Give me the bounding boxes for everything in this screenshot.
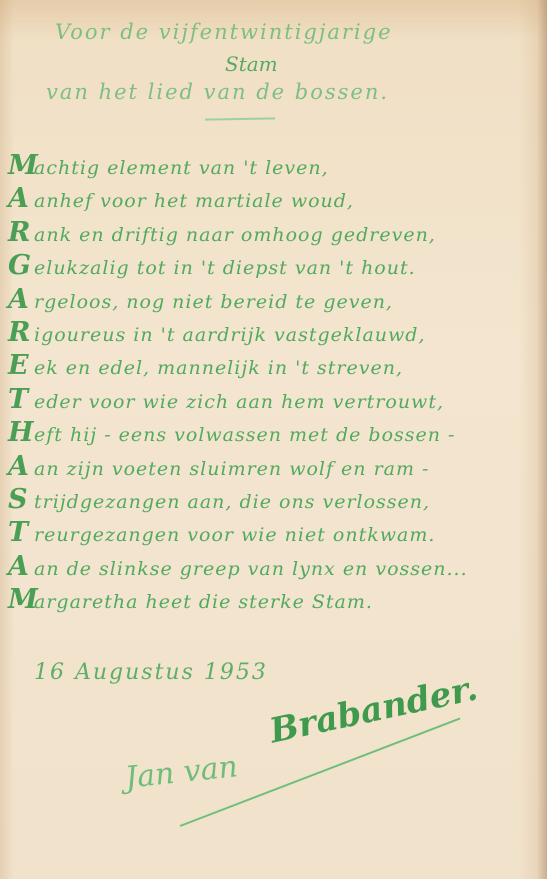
poem-line-text: eder voor wie zich aan hem vertrouwt, bbox=[34, 391, 444, 413]
poem-line: Rigoureus in 't aardrijk vastgeklauwd, bbox=[8, 317, 538, 350]
dedication-line-1: Voor de vijfentwintigjarige bbox=[55, 20, 547, 44]
poem-line-text: trijdgezangen aan, die ons verlossen, bbox=[34, 491, 430, 513]
poem-line: Rank en driftig naar omhoog gedreven, bbox=[8, 217, 538, 250]
poem-line: Aan zijn voeten sluimren wolf en ram - bbox=[8, 451, 538, 484]
poem-line: Gelukzalig tot in 't diepst van 't hout. bbox=[8, 250, 538, 283]
manuscript-page: Voor de vijfentwintigjarige Stam van het… bbox=[0, 0, 547, 879]
poem-line-text: eft hij - eens volwassen met de bossen - bbox=[34, 424, 455, 446]
acrostic-initial: E bbox=[8, 350, 34, 381]
acrostic-initial: A bbox=[8, 551, 34, 582]
poem-line-text: anhef voor het martiale woud, bbox=[34, 190, 354, 212]
poem-line-text: rgeloos, nog niet bereid te geven, bbox=[34, 291, 393, 313]
acrostic-initial: G bbox=[8, 250, 34, 281]
acrostic-poem: Machtig element van 't leven, Aanhef voo… bbox=[8, 150, 538, 617]
poem-line-text: an zijn voeten sluimren wolf en ram - bbox=[34, 458, 429, 480]
poem-line-text: an de slinkse greep van lynx en vossen..… bbox=[34, 558, 468, 580]
poem-line: Strijdgezangen aan, die ons verlossen, bbox=[8, 484, 538, 517]
poem-line-text: achtig element van 't leven, bbox=[34, 157, 329, 179]
poem-line-text: ek en edel, mannelijk in 't streven, bbox=[34, 357, 403, 379]
poem-line-text: reurgezangen voor wie niet ontkwam. bbox=[34, 524, 435, 546]
poem-line: Treurgezangen voor wie niet ontkwam. bbox=[8, 517, 538, 550]
title-underline bbox=[205, 117, 275, 120]
dedication-title: Stam bbox=[225, 52, 547, 76]
acrostic-initial: T bbox=[8, 517, 34, 548]
acrostic-initial: A bbox=[8, 284, 34, 315]
poem-line: Machtig element van 't leven, bbox=[8, 150, 538, 183]
poem-line: Aan de slinkse greep van lynx en vossen.… bbox=[8, 551, 538, 584]
acrostic-initial: H bbox=[8, 417, 34, 448]
poem-line-text: ank en driftig naar omhoog gedreven, bbox=[34, 224, 436, 246]
dedication-line-3: van het lied van de bossen. bbox=[46, 80, 547, 104]
signature-first-name: Jan van bbox=[123, 749, 239, 796]
poem-line: Argeloos, nog niet bereid te geven, bbox=[8, 284, 538, 317]
date-line: 16 Augustus 1953 bbox=[34, 660, 268, 685]
signature-surname: Brabander. bbox=[266, 668, 481, 751]
acrostic-initial: A bbox=[8, 451, 34, 482]
acrostic-initial: R bbox=[8, 217, 34, 248]
poem-line-text: igoureus in 't aardrijk vastgeklauwd, bbox=[34, 324, 426, 346]
poem-line: Margaretha heet die sterke Stam. bbox=[8, 584, 538, 617]
acrostic-initial: R bbox=[8, 317, 34, 348]
poem-line: Aanhef voor het martiale woud, bbox=[8, 183, 538, 216]
poem-line: Eek en edel, mannelijk in 't streven, bbox=[8, 350, 538, 383]
poem-line: Heft hij - eens volwassen met de bossen … bbox=[8, 417, 538, 450]
acrostic-initial: M bbox=[8, 150, 34, 181]
acrostic-initial: A bbox=[8, 183, 34, 214]
poem-line: Teder voor wie zich aan hem vertrouwt, bbox=[8, 384, 538, 417]
poem-line-text: argaretha heet die sterke Stam. bbox=[34, 591, 373, 613]
acrostic-initial: S bbox=[8, 484, 34, 515]
poem-line-text: elukzalig tot in 't diepst van 't hout. bbox=[34, 257, 416, 279]
acrostic-initial: M bbox=[8, 584, 34, 615]
acrostic-initial: T bbox=[8, 384, 34, 415]
